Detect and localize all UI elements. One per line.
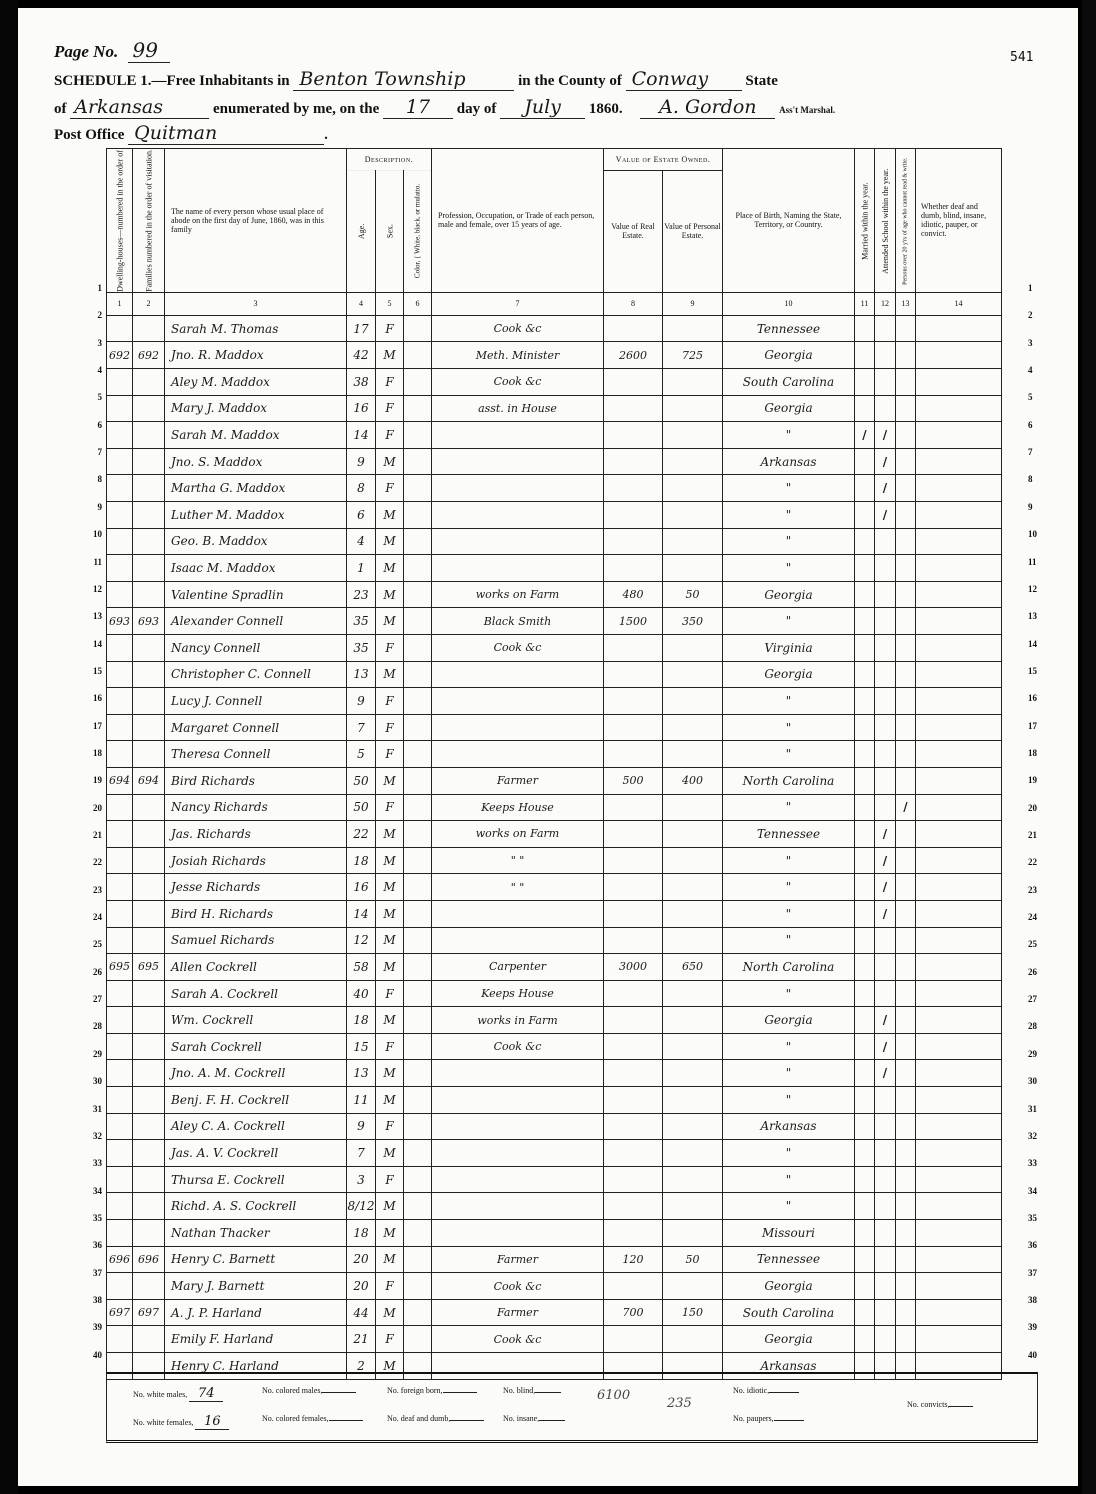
white-females-count: 16	[195, 1414, 229, 1430]
dwelling-number-cell: 692	[107, 342, 133, 369]
age-cell: 15	[347, 1033, 376, 1060]
line-number-right: 35	[1028, 1213, 1050, 1223]
attended-school-cell	[875, 1140, 896, 1167]
color-cell	[404, 794, 432, 821]
occupation-cell: " "	[432, 847, 604, 874]
dwelling-number-cell	[107, 1326, 133, 1353]
line-number-right: 34	[1028, 1186, 1050, 1196]
cannot-read-write-cell	[896, 1193, 916, 1220]
dwelling-number-cell	[107, 581, 133, 608]
col-header-age: Age.	[347, 170, 376, 292]
table-row: Sarah Cockrell15FCook &c"/	[107, 1033, 1002, 1060]
color-cell	[404, 874, 432, 901]
family-number-cell: 696	[133, 1246, 165, 1273]
line-number-right: 37	[1028, 1268, 1050, 1278]
scan-border-right	[1082, 0, 1096, 1494]
state-label: State	[745, 73, 778, 89]
attended-school-cell	[875, 1326, 896, 1353]
personal-estate-value-cell	[663, 1193, 723, 1220]
attended-school-cell	[875, 634, 896, 661]
person-name-cell: Jno. A. M. Cockrell	[165, 1060, 347, 1087]
cannot-read-write-cell	[896, 1246, 916, 1273]
real-estate-value-cell	[604, 1060, 663, 1087]
col-number-1: 1	[107, 292, 133, 315]
real-estate-value-cell	[604, 1220, 663, 1247]
cannot-read-write-cell	[896, 714, 916, 741]
line-number-right: 10	[1028, 529, 1050, 539]
line-number-right: 24	[1028, 912, 1050, 922]
real-estate-value-cell: 700	[604, 1299, 663, 1326]
occupation-cell: Keeps House	[432, 980, 604, 1007]
personal-estate-value-cell	[663, 661, 723, 688]
personal-estate-value-cell	[663, 528, 723, 555]
married-within-year-cell	[855, 874, 875, 901]
married-within-year-cell	[855, 688, 875, 715]
line-number-right: 38	[1028, 1295, 1050, 1305]
person-name-cell: Theresa Connell	[165, 741, 347, 768]
family-number-cell	[133, 1220, 165, 1247]
dwelling-number-cell	[107, 794, 133, 821]
table-row: 694694Bird Richards50MFarmer500400North …	[107, 767, 1002, 794]
color-cell	[404, 1299, 432, 1326]
age-cell: 18	[347, 1220, 376, 1247]
line-number-right: 21	[1028, 830, 1050, 840]
sex-cell: M	[376, 1087, 404, 1114]
line-number-left: 10	[80, 529, 102, 539]
table-row: Jno. A. M. Cockrell13M"/	[107, 1060, 1002, 1087]
real-estate-value-cell: 120	[604, 1246, 663, 1273]
married-within-year-cell	[855, 767, 875, 794]
col-header-personal-estate: Value of Personal Estate.	[663, 170, 723, 292]
table-row: Valentine Spradlin23Mworks on Farm48050G…	[107, 581, 1002, 608]
birthplace-cell: North Carolina	[723, 954, 855, 981]
col-header-dwelling: Dwelling-houses—numbered in the order of…	[107, 149, 133, 293]
table-row: Emily F. Harland21FCook &cGeorgia	[107, 1326, 1002, 1353]
line-number-left: 4	[80, 365, 102, 375]
color-cell	[404, 954, 432, 981]
sex-cell: F	[376, 634, 404, 661]
dwelling-number-cell	[107, 1140, 133, 1167]
cannot-read-write-cell: /	[896, 794, 916, 821]
cannot-read-write-cell	[896, 475, 916, 502]
color-cell	[404, 1166, 432, 1193]
family-number-cell	[133, 528, 165, 555]
condition-cell	[916, 714, 1002, 741]
age-cell: 58	[347, 954, 376, 981]
dwelling-number-cell	[107, 874, 133, 901]
line-number-left: 1	[80, 283, 102, 293]
sex-cell: F	[376, 741, 404, 768]
real-estate-value-cell	[604, 502, 663, 529]
cannot-read-write-cell	[896, 1299, 916, 1326]
color-cell	[404, 821, 432, 848]
condition-cell	[916, 342, 1002, 369]
condition-cell	[916, 1166, 1002, 1193]
personal-estate-value-cell	[663, 900, 723, 927]
condition-cell	[916, 1140, 1002, 1167]
line-number-left: 15	[80, 666, 102, 676]
color-cell	[404, 369, 432, 396]
real-estate-value-cell	[604, 688, 663, 715]
col-header-color: Color, { White, black, or mulatto.	[404, 170, 432, 292]
table-row: Geo. B. Maddox4M"	[107, 528, 1002, 555]
married-within-year-cell	[855, 1273, 875, 1300]
personal-estate-total-scribble: 235	[667, 1396, 692, 1411]
married-within-year-cell	[855, 475, 875, 502]
condition-cell	[916, 1326, 1002, 1353]
birthplace-cell: "	[723, 555, 855, 582]
col-header-sex: Sex.	[376, 170, 404, 292]
blind-field: No. blind,	[503, 1386, 561, 1395]
color-cell	[404, 315, 432, 342]
cannot-read-write-cell	[896, 608, 916, 635]
condition-cell	[916, 1299, 1002, 1326]
line-number-right: 5	[1028, 392, 1050, 402]
occupation-cell	[432, 1087, 604, 1114]
line-number-right: 15	[1028, 666, 1050, 676]
color-cell	[404, 661, 432, 688]
sex-cell: M	[376, 1193, 404, 1220]
family-number-cell	[133, 980, 165, 1007]
attended-school-cell: /	[875, 821, 896, 848]
dwelling-number-cell: 697	[107, 1299, 133, 1326]
age-cell: 9	[347, 1113, 376, 1140]
occupation-cell	[432, 1166, 604, 1193]
colored-females-field: No. colored females,	[262, 1414, 363, 1423]
line-number-left: 18	[80, 748, 102, 758]
family-number-cell	[133, 821, 165, 848]
occupation-cell	[432, 900, 604, 927]
family-number-cell	[133, 555, 165, 582]
line-number-right: 2	[1028, 310, 1050, 320]
personal-estate-value-cell: 50	[663, 581, 723, 608]
table-row: Jas. Richards22Mworks on FarmTennessee/	[107, 821, 1002, 848]
married-within-year-cell	[855, 634, 875, 661]
line-number-right: 17	[1028, 721, 1050, 731]
occupation-cell	[432, 502, 604, 529]
dwelling-number-cell	[107, 847, 133, 874]
table-row: Thursa E. Cockrell3F"	[107, 1166, 1002, 1193]
condition-cell	[916, 900, 1002, 927]
real-estate-value-cell: 1500	[604, 608, 663, 635]
occupation-cell	[432, 475, 604, 502]
condition-cell	[916, 767, 1002, 794]
age-cell: 12	[347, 927, 376, 954]
age-cell: 21	[347, 1326, 376, 1353]
line-number-right: 28	[1028, 1021, 1050, 1031]
birthplace-cell: Arkansas	[723, 448, 855, 475]
attended-school-cell: /	[875, 1033, 896, 1060]
married-within-year-cell	[855, 847, 875, 874]
married-within-year-cell	[855, 1087, 875, 1114]
married-within-year-cell	[855, 342, 875, 369]
real-estate-value-cell	[604, 1166, 663, 1193]
color-cell	[404, 528, 432, 555]
color-cell	[404, 1060, 432, 1087]
occupation-cell: asst. in House	[432, 395, 604, 422]
dwelling-number-cell	[107, 741, 133, 768]
col-number-13: 13	[896, 292, 916, 315]
married-within-year-cell	[855, 1326, 875, 1353]
age-cell: 7	[347, 1140, 376, 1167]
table-row: Theresa Connell5F"	[107, 741, 1002, 768]
sex-cell: F	[376, 475, 404, 502]
real-estate-value-cell: 3000	[604, 954, 663, 981]
married-within-year-cell	[855, 1113, 875, 1140]
age-cell: 20	[347, 1246, 376, 1273]
cannot-read-write-cell	[896, 502, 916, 529]
person-name-cell: Geo. B. Maddox	[165, 528, 347, 555]
real-estate-value-cell	[604, 1140, 663, 1167]
married-within-year-cell	[855, 502, 875, 529]
line-number-right: 3	[1028, 338, 1050, 348]
age-cell: 13	[347, 661, 376, 688]
birthplace-cell: Virginia	[723, 634, 855, 661]
person-name-cell: Alexander Connell	[165, 608, 347, 635]
cannot-read-write-cell	[896, 741, 916, 768]
table-row: Mary J. Barnett20FCook &cGeorgia	[107, 1273, 1002, 1300]
birthplace-cell: "	[723, 475, 855, 502]
cannot-read-write-cell	[896, 980, 916, 1007]
cannot-read-write-cell	[896, 1113, 916, 1140]
cannot-read-write-cell	[896, 1273, 916, 1300]
sex-cell: F	[376, 1273, 404, 1300]
condition-cell	[916, 395, 1002, 422]
color-cell	[404, 927, 432, 954]
dwelling-number-cell	[107, 661, 133, 688]
line-number-left: 38	[80, 1295, 102, 1305]
person-name-cell: Martha G. Maddox	[165, 475, 347, 502]
person-name-cell: Aley M. Maddox	[165, 369, 347, 396]
table-row: Mary J. Maddox16Fasst. in HouseGeorgia	[107, 395, 1002, 422]
attended-school-cell	[875, 954, 896, 981]
occupation-cell	[432, 448, 604, 475]
person-name-cell: Bird H. Richards	[165, 900, 347, 927]
birthplace-cell: "	[723, 741, 855, 768]
cannot-read-write-cell	[896, 1060, 916, 1087]
person-name-cell: Josiah Richards	[165, 847, 347, 874]
line-number-left: 5	[80, 392, 102, 402]
married-within-year-cell	[855, 555, 875, 582]
condition-cell	[916, 1113, 1002, 1140]
married-within-year-cell	[855, 448, 875, 475]
attended-school-cell: /	[875, 502, 896, 529]
married-within-year-cell	[855, 1140, 875, 1167]
married-within-year-cell	[855, 980, 875, 1007]
line-number-left: 40	[80, 1350, 102, 1360]
table-row: Sarah M. Thomas17FCook &cTennessee	[107, 315, 1002, 342]
attended-school-cell: /	[875, 847, 896, 874]
age-cell: 9	[347, 448, 376, 475]
sex-cell: F	[376, 980, 404, 1007]
occupation-cell: Cook &c	[432, 1273, 604, 1300]
personal-estate-value-cell: 650	[663, 954, 723, 981]
cannot-read-write-cell	[896, 581, 916, 608]
color-cell	[404, 581, 432, 608]
line-number-left: 23	[80, 885, 102, 895]
color-cell	[404, 502, 432, 529]
county-value: Conway	[626, 68, 742, 91]
sex-cell: F	[376, 1326, 404, 1353]
personal-estate-value-cell	[663, 980, 723, 1007]
cannot-read-write-cell	[896, 874, 916, 901]
personal-estate-value-cell: 150	[663, 1299, 723, 1326]
married-within-year-cell	[855, 1166, 875, 1193]
condition-cell	[916, 448, 1002, 475]
condition-cell	[916, 369, 1002, 396]
married-within-year-cell	[855, 794, 875, 821]
personal-estate-value-cell	[663, 1113, 723, 1140]
cannot-read-write-cell	[896, 422, 916, 449]
family-number-cell	[133, 1033, 165, 1060]
table-row: Wm. Cockrell18Mworks in FarmGeorgia/	[107, 1007, 1002, 1034]
sex-cell: M	[376, 927, 404, 954]
table-row: Sarah M. Maddox14F"//	[107, 422, 1002, 449]
age-cell: 1	[347, 555, 376, 582]
occupation-cell	[432, 714, 604, 741]
dwelling-number-cell	[107, 1007, 133, 1034]
line-number-left: 13	[80, 611, 102, 621]
birthplace-cell: Missouri	[723, 1220, 855, 1247]
person-name-cell: Henry C. Barnett	[165, 1246, 347, 1273]
family-number-cell	[133, 502, 165, 529]
person-name-cell: Samuel Richards	[165, 927, 347, 954]
table-row: Nancy Richards50FKeeps House"/	[107, 794, 1002, 821]
line-number-left: 7	[80, 447, 102, 457]
line-number-right: 11	[1028, 557, 1050, 567]
attended-school-cell	[875, 1273, 896, 1300]
attended-school-cell	[875, 794, 896, 821]
enumeration-line: of Arkansas enumerated by me, on the 17 …	[54, 96, 835, 119]
census-rows: Sarah M. Thomas17FCook &cTennessee692692…	[107, 315, 1002, 1379]
birthplace-cell: "	[723, 502, 855, 529]
line-number-left: 8	[80, 474, 102, 484]
birthplace-cell: "	[723, 528, 855, 555]
age-cell: 14	[347, 900, 376, 927]
table-row: Josiah Richards18M" ""/	[107, 847, 1002, 874]
table-row: Nancy Connell35FCook &cVirginia	[107, 634, 1002, 661]
personal-estate-value-cell: 350	[663, 608, 723, 635]
occupation-cell	[432, 1113, 604, 1140]
age-cell: 5	[347, 741, 376, 768]
color-cell	[404, 1246, 432, 1273]
color-cell	[404, 1273, 432, 1300]
dwelling-number-cell	[107, 688, 133, 715]
condition-cell	[916, 502, 1002, 529]
cannot-read-write-cell	[896, 1140, 916, 1167]
sex-cell: M	[376, 608, 404, 635]
cannot-read-write-cell	[896, 1220, 916, 1247]
col-number-2: 2	[133, 292, 165, 315]
real-estate-value-cell	[604, 369, 663, 396]
day-of-label: day of	[457, 101, 497, 117]
col-header-family: Families numbered in the order of visita…	[133, 149, 165, 293]
sex-cell: M	[376, 1060, 404, 1087]
age-cell: 40	[347, 980, 376, 1007]
line-number-right: 14	[1028, 639, 1050, 649]
sex-cell: M	[376, 847, 404, 874]
age-cell: 11	[347, 1087, 376, 1114]
line-number-left: 30	[80, 1076, 102, 1086]
sex-cell: M	[376, 661, 404, 688]
color-cell	[404, 980, 432, 1007]
birthplace-cell: Georgia	[723, 581, 855, 608]
line-number-left: 12	[80, 584, 102, 594]
color-cell	[404, 1087, 432, 1114]
line-number-left: 16	[80, 693, 102, 703]
line-number-right: 36	[1028, 1240, 1050, 1250]
family-number-cell	[133, 874, 165, 901]
married-within-year-cell	[855, 741, 875, 768]
dwelling-number-cell: 694	[107, 767, 133, 794]
condition-cell	[916, 422, 1002, 449]
birthplace-cell: Georgia	[723, 1326, 855, 1353]
attended-school-cell: /	[875, 1007, 896, 1034]
occupation-cell: Cook &c	[432, 369, 604, 396]
paupers-field: No. paupers,	[733, 1414, 804, 1423]
married-within-year-cell	[855, 661, 875, 688]
summary-footer: No. white males, 74 No. white females, 1…	[106, 1372, 1038, 1443]
page-number-line: Page No. 99	[54, 38, 170, 63]
family-number-cell	[133, 1166, 165, 1193]
col-header-name: The name of every person whose usual pla…	[165, 149, 347, 293]
condition-cell	[916, 608, 1002, 635]
marshal-signature: A. Gordon	[640, 96, 775, 119]
real-estate-value-cell	[604, 395, 663, 422]
person-name-cell: Nathan Thacker	[165, 1220, 347, 1247]
color-cell	[404, 900, 432, 927]
condition-cell	[916, 1060, 1002, 1087]
line-number-left: 36	[80, 1240, 102, 1250]
personal-estate-value-cell	[663, 1140, 723, 1167]
condition-cell	[916, 555, 1002, 582]
real-estate-value-cell	[604, 1087, 663, 1114]
cannot-read-write-cell	[896, 555, 916, 582]
dwelling-number-cell	[107, 315, 133, 342]
personal-estate-value-cell	[663, 714, 723, 741]
occupation-cell	[432, 1060, 604, 1087]
occupation-cell: Farmer	[432, 1246, 604, 1273]
condition-cell	[916, 927, 1002, 954]
condition-cell	[916, 874, 1002, 901]
birthplace-cell: "	[723, 927, 855, 954]
sex-cell: M	[376, 1246, 404, 1273]
occupation-cell	[432, 661, 604, 688]
occupation-cell	[432, 688, 604, 715]
attended-school-cell	[875, 1246, 896, 1273]
birthplace-cell: "	[723, 1166, 855, 1193]
line-number-left: 21	[80, 830, 102, 840]
col-header-birthplace: Place of Birth, Naming the State, Territ…	[723, 149, 855, 293]
personal-estate-value-cell	[663, 1326, 723, 1353]
person-name-cell: Sarah M. Thomas	[165, 315, 347, 342]
condition-cell	[916, 741, 1002, 768]
person-name-cell: Christopher C. Connell	[165, 661, 347, 688]
cannot-read-write-cell	[896, 900, 916, 927]
age-cell: 14	[347, 422, 376, 449]
line-number-right: 8	[1028, 474, 1050, 484]
family-number-cell	[133, 315, 165, 342]
line-number-left: 31	[80, 1104, 102, 1114]
table-row: Christopher C. Connell13MGeorgia	[107, 661, 1002, 688]
family-number-cell: 695	[133, 954, 165, 981]
personal-estate-value-cell	[663, 874, 723, 901]
personal-estate-value-cell	[663, 1007, 723, 1034]
cannot-read-write-cell	[896, 688, 916, 715]
real-estate-value-cell	[604, 448, 663, 475]
personal-estate-value-cell	[663, 395, 723, 422]
page-number: 99	[128, 38, 169, 63]
